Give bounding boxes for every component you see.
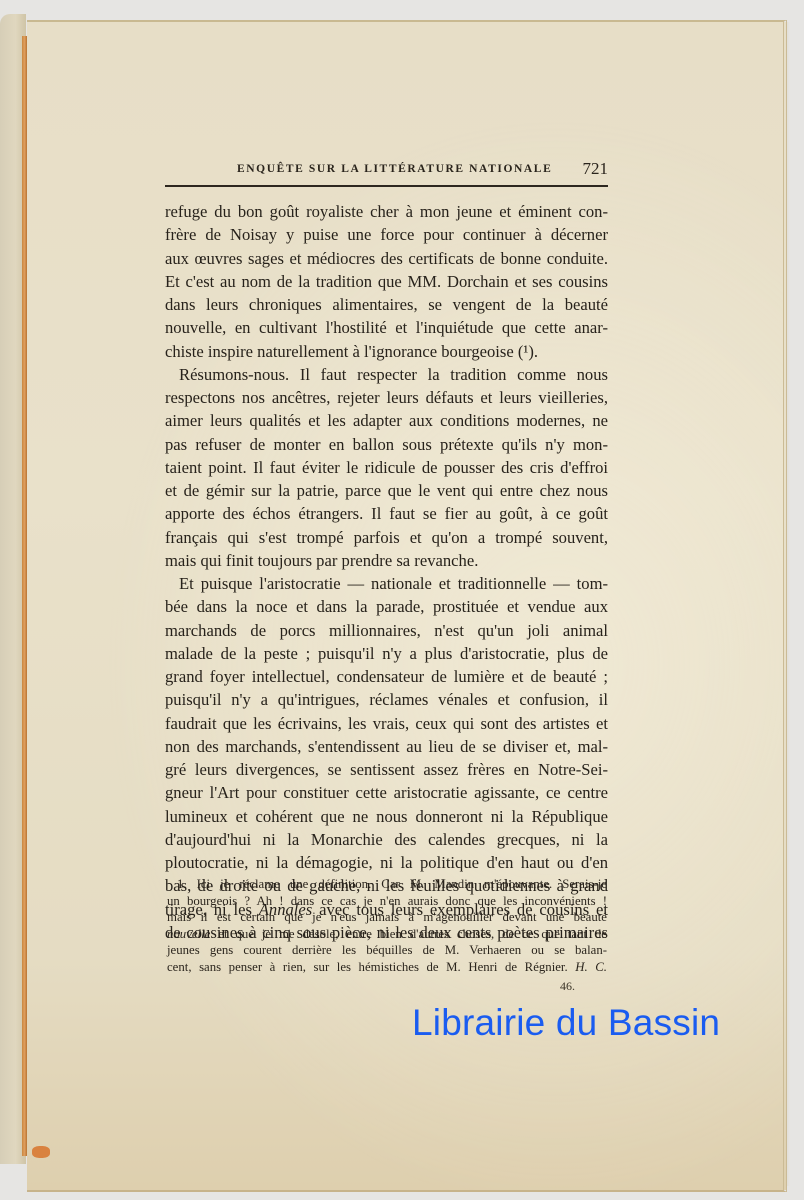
signature-mark: 46. [560, 979, 575, 994]
footnote-line: nouvelle et que je me désole, entre bien… [167, 926, 607, 943]
text-line: gneur l'Art pour constituer cette aristo… [165, 781, 608, 804]
body-text: refuge du bon goût royaliste cher à mon … [165, 200, 608, 944]
text-line: lumineux et cohérent que ne nous donnero… [165, 805, 608, 828]
text-line: malade de la peste ; puisqu'il n'y a plu… [165, 642, 608, 665]
text-line: aux œuvres sages et médiocres des certif… [165, 247, 608, 270]
footnote-line: cent, sans penser à rien, sur les hémist… [167, 959, 607, 976]
footnote-line: un bourgeois ? Ah ! dans ce cas je n'en … [167, 893, 607, 910]
text-line: Et c'est au nom de la tradition que MM. … [165, 270, 608, 293]
author-initials: H. C. [575, 960, 607, 974]
header-rule [165, 185, 608, 187]
watermark: Librairie du Bassin [412, 1002, 720, 1044]
text-line: respectons nos ancêtres, rejeter leurs d… [165, 386, 608, 409]
text-line: nouvelle, en cultivant l'hostilité et l'… [165, 316, 608, 339]
italic-word: nouvelle [167, 927, 210, 941]
footnote-line: jeunes gens courent derrière les béquill… [167, 942, 607, 959]
text-line: mais qui finit toujours par prendre sa r… [165, 549, 608, 572]
text-line: marchands de porcs millionnaires, n'est … [165, 619, 608, 642]
text-line: aimer leurs qualités et les adapter aux … [165, 409, 608, 432]
text-line: refuge du bon goût royaliste cher à mon … [165, 200, 608, 223]
text-line: apporte des échos étrangers. Il faut se … [165, 502, 608, 525]
text-fragment: et que je me désole, entre bien d'autres… [210, 927, 607, 941]
text-line: dans leurs chroniques alimentaires, se v… [165, 293, 608, 316]
page-number: 721 [583, 159, 609, 179]
footnote-line: 1. Ici je réclame une définition. Car M.… [167, 876, 607, 893]
text-line: ploutocratie, ni la démagogie, ni la pol… [165, 851, 608, 874]
paper-stain [32, 1146, 50, 1158]
text-line: non des marchands, s'entendissent au lie… [165, 735, 608, 758]
text-line: gré leurs divergences, se sentissent ass… [165, 758, 608, 781]
text-line: frère de Noisay y puise une force pour c… [165, 223, 608, 246]
text-line: français qui s'est trompé parfois et qu'… [165, 526, 608, 549]
running-title: ENQUÊTE SUR LA LITTÉRATURE NATIONALE [237, 163, 552, 175]
text-line: faudrait que les écrivains, les vrais, c… [165, 712, 608, 735]
text-line: d'aujourd'hui ni la Monarchie des calend… [165, 828, 608, 851]
running-head: ENQUÊTE SUR LA LITTÉRATURE NATIONALE 721 [165, 161, 608, 179]
text-fragment: cent, sans penser à rien, sur les hémist… [167, 960, 575, 974]
footnote-line: mais il est certain que je n'eus jamais … [167, 909, 607, 926]
text-line: et de gémir sur la patrie, parce que le … [165, 479, 608, 502]
text-line: bée dans la noce et dans la parade, pros… [165, 595, 608, 618]
footnote: 1. Ici je réclame une définition. Car M.… [167, 876, 607, 976]
text-line: pas refuser de monter en ballon sous pré… [165, 433, 608, 456]
text-line: Résumons-nous. Il faut respecter la trad… [165, 363, 608, 386]
text-line: puisqu'il n'y a qu'intrigues, réclames v… [165, 688, 608, 711]
text-line: taient point. Il faut éviter le ridicule… [165, 456, 608, 479]
text-line: Et puisque l'aristocratie — nationale et… [165, 572, 608, 595]
text-line: grand foyer intellectuel, condensateur d… [165, 665, 608, 688]
text-line: chiste inspire naturellement à l'ignoran… [165, 340, 608, 363]
